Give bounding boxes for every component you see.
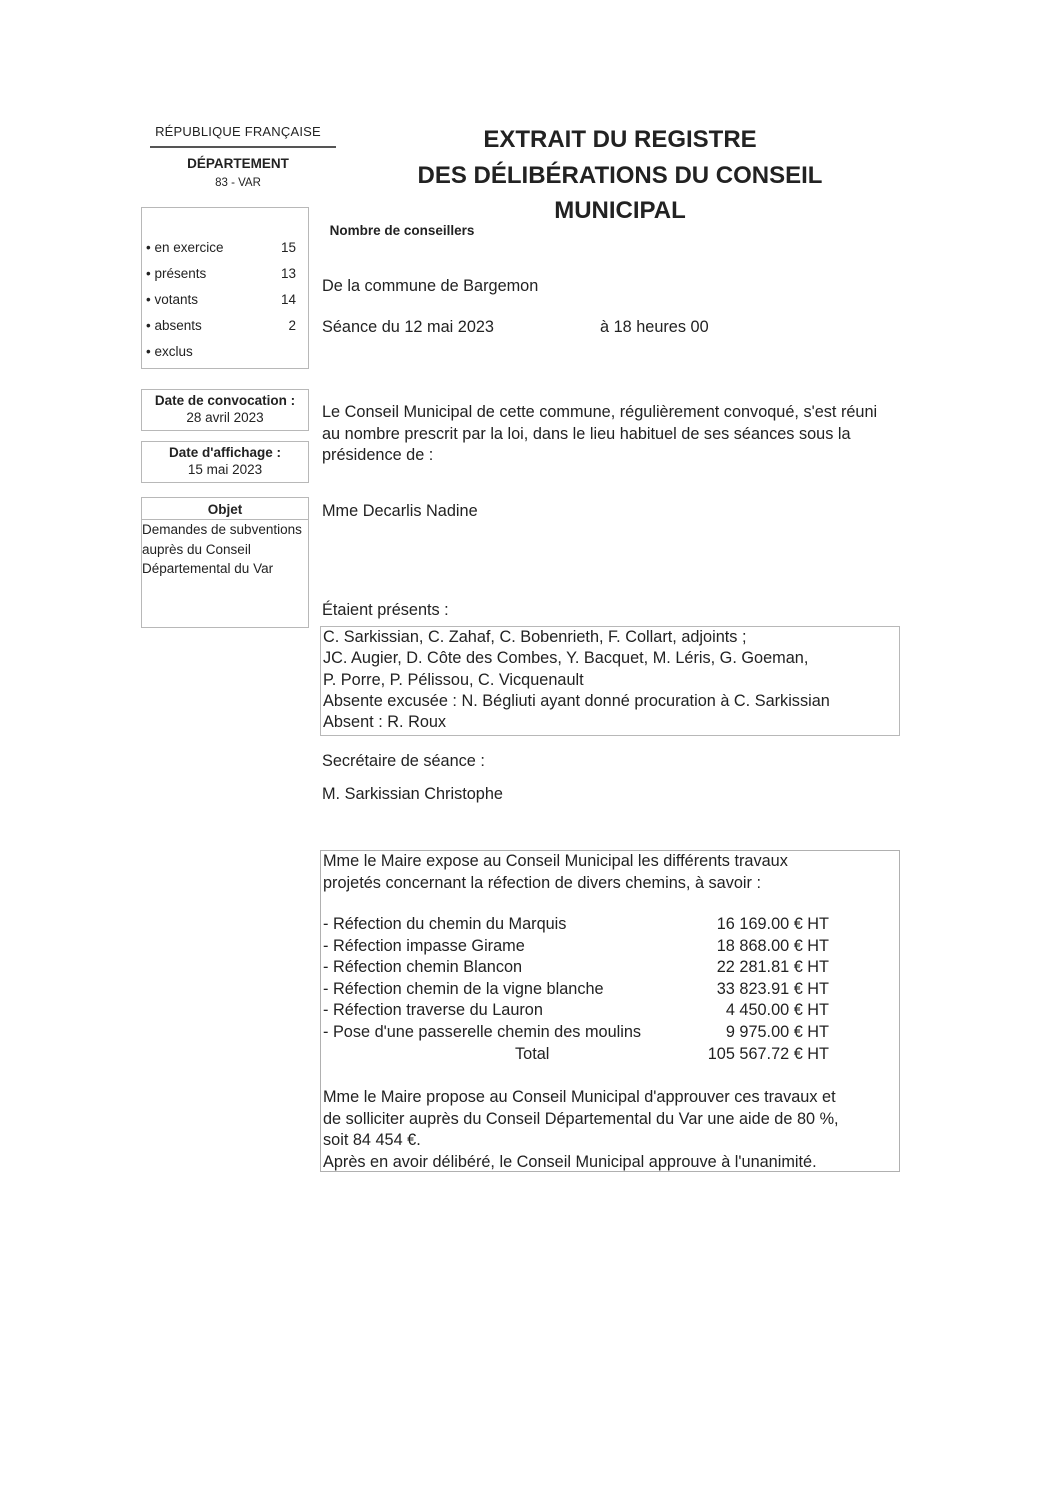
work-row: - Réfection chemin Blancon22 281.81 € HT — [323, 957, 829, 979]
convocation-box: Date de convocation : 28 avril 2023 — [141, 389, 309, 431]
title-line-1: EXTRAIT DU REGISTRE — [360, 122, 880, 158]
departement-label: DÉPARTEMENT — [140, 156, 336, 171]
absent: Absent : R. Roux — [323, 712, 899, 733]
expose-text: Mme le Maire expose au Conseil Municipal… — [323, 851, 843, 894]
presents-line: JC. Augier, D. Côte des Combes, Y. Bacqu… — [323, 648, 899, 669]
row-label: • en exercice — [146, 240, 224, 255]
works-list: - Réfection du chemin du Marquis16 169.0… — [323, 914, 829, 1065]
absente-excusee: Absente excusée : N. Bégliuti ayant donn… — [323, 691, 899, 712]
row-label: • exclus — [146, 344, 193, 359]
total-label: Total — [323, 1044, 549, 1066]
convocation-label: Date de convocation : — [142, 393, 308, 408]
title-line-2: DES DÉLIBÉRATIONS DU CONSEIL — [360, 158, 880, 194]
commune: De la commune de Bargemon — [322, 277, 538, 296]
secretaire-name: M. Sarkissian Christophe — [322, 785, 503, 804]
row-value — [276, 344, 296, 359]
counsellor-row: • exclus — [146, 344, 296, 359]
departement-value: 83 - VAR — [140, 177, 336, 189]
proposal-line: de solliciter auprès du Conseil Départem… — [323, 1109, 839, 1131]
work-label: - Pose d'une passerelle chemin des mouli… — [323, 1022, 641, 1044]
counsellor-row: • votants14 — [146, 292, 296, 307]
objet-label: Objet — [142, 498, 308, 520]
work-label: - Réfection impasse Girame — [323, 936, 525, 958]
row-value: 13 — [276, 266, 296, 281]
objet-text: Demandes de subventions auprès du Consei… — [142, 520, 308, 579]
deliberation-box: Mme le Maire expose au Conseil Municipal… — [320, 850, 900, 1172]
row-label: • votants — [146, 292, 198, 307]
affichage-date: 15 mai 2023 — [142, 462, 308, 477]
total-amount: 105 567.72 € HT — [708, 1044, 829, 1066]
affichage-box: Date d'affichage : 15 mai 2023 — [141, 441, 309, 483]
row-label: • absents — [146, 318, 202, 333]
work-row: - Réfection chemin de la vigne blanche33… — [323, 979, 829, 1001]
work-row: - Réfection du chemin du Marquis16 169.0… — [323, 914, 829, 936]
seance-heure: à 18 heures 00 — [600, 318, 709, 337]
work-label: - Réfection chemin de la vigne blanche — [323, 979, 604, 1001]
row-value: 14 — [276, 292, 296, 307]
republique-francaise: RÉPUBLIQUE FRANÇAISE — [140, 124, 336, 139]
convocation-date: 28 avril 2023 — [142, 410, 308, 425]
counsellors-box: Nombre de conseillers • en exercice15 • … — [141, 207, 309, 369]
proposal-line: soit 84 454 €. — [323, 1130, 839, 1152]
intro-text: Le Conseil Municipal de cette commune, r… — [322, 402, 882, 467]
work-label: - Réfection du chemin du Marquis — [323, 914, 566, 936]
presents-box: C. Sarkissian, C. Zahaf, C. Bobenrieth, … — [320, 626, 900, 736]
row-value: 15 — [276, 240, 296, 255]
affichage-label: Date d'affichage : — [142, 445, 308, 460]
work-amount: 18 868.00 € HT — [717, 936, 829, 958]
work-amount: 4 450.00 € HT — [726, 1000, 829, 1022]
president: Mme Decarlis Nadine — [322, 502, 478, 521]
presents-label: Étaient présents : — [322, 601, 449, 620]
work-row: - Réfection impasse Girame18 868.00 € HT — [323, 936, 829, 958]
work-amount: 9 975.00 € HT — [726, 1022, 829, 1044]
seance-date: Séance du 12 mai 2023 — [322, 318, 494, 337]
presents-line: C. Sarkissian, C. Zahaf, C. Bobenrieth, … — [323, 627, 899, 648]
presents-line: P. Porre, P. Pélissou, C. Vicquenault — [323, 670, 899, 691]
counsellor-row: • présents13 — [146, 266, 296, 281]
work-amount: 33 823.91 € HT — [717, 979, 829, 1001]
work-label: - Réfection chemin Blancon — [323, 957, 522, 979]
work-row: - Réfection traverse du Lauron4 450.00 €… — [323, 1000, 829, 1022]
work-row: - Pose d'une passerelle chemin des mouli… — [323, 1022, 829, 1044]
secretaire-label: Secrétaire de séance : — [322, 752, 485, 771]
counsellor-row: • absents2 — [146, 318, 296, 333]
total-row: Total105 567.72 € HT — [323, 1044, 829, 1066]
proposal-line: Mme le Maire propose au Conseil Municipa… — [323, 1087, 839, 1109]
work-label: - Réfection traverse du Lauron — [323, 1000, 543, 1022]
work-amount: 16 169.00 € HT — [717, 914, 829, 936]
row-value: 2 — [276, 318, 296, 333]
work-amount: 22 281.81 € HT — [717, 957, 829, 979]
row-label: • présents — [146, 266, 206, 281]
counsellor-row: • en exercice15 — [146, 240, 296, 255]
header-divider — [150, 146, 336, 148]
objet-box: Objet Demandes de subventions auprès du … — [141, 497, 309, 628]
decision-line: Après en avoir délibéré, le Conseil Muni… — [323, 1152, 839, 1174]
proposal-text: Mme le Maire propose au Conseil Municipa… — [323, 1087, 839, 1173]
